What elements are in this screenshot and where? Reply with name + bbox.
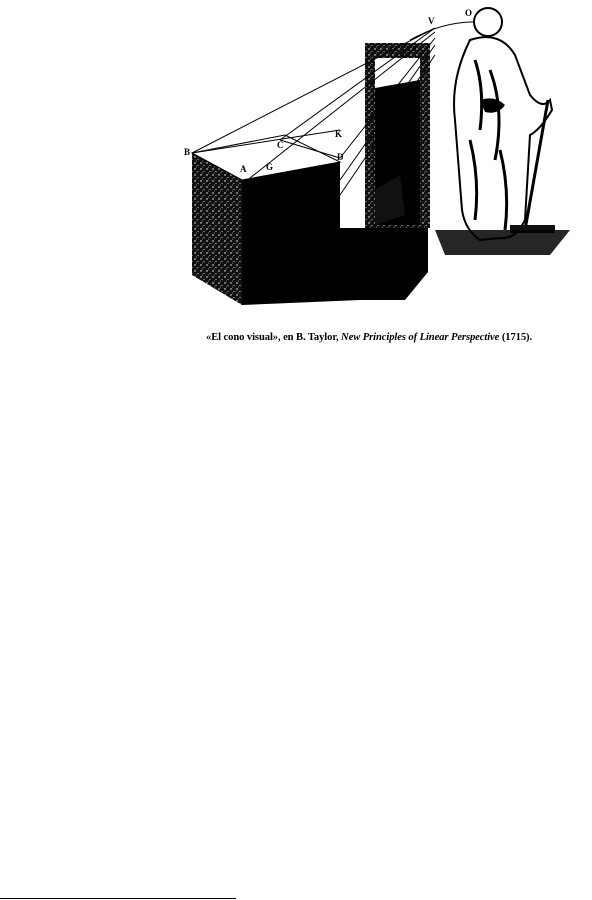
visual-cone-illustration: B C K D A G V O: [170, 0, 590, 320]
label-a: A: [240, 164, 247, 174]
label-k: K: [335, 129, 342, 139]
label-o: O: [465, 8, 472, 18]
footnote-rule: [0, 898, 236, 899]
label-b: B: [184, 147, 190, 157]
caption-suffix: (1715).: [499, 332, 532, 343]
caption-book-title: New Principles of Linear Perspective: [341, 332, 499, 343]
label-v: V: [428, 16, 435, 26]
label-g: G: [266, 162, 273, 172]
caption-prefix: «El cono visual», en B. Taylor,: [206, 332, 341, 343]
label-d: D: [337, 152, 344, 162]
figure-caption: «El cono visual», en B. Taylor, New Prin…: [206, 332, 532, 343]
engraving-figure: B C K D A G V O: [170, 0, 590, 320]
observer-figure: [435, 8, 570, 255]
label-c: C: [277, 140, 284, 150]
